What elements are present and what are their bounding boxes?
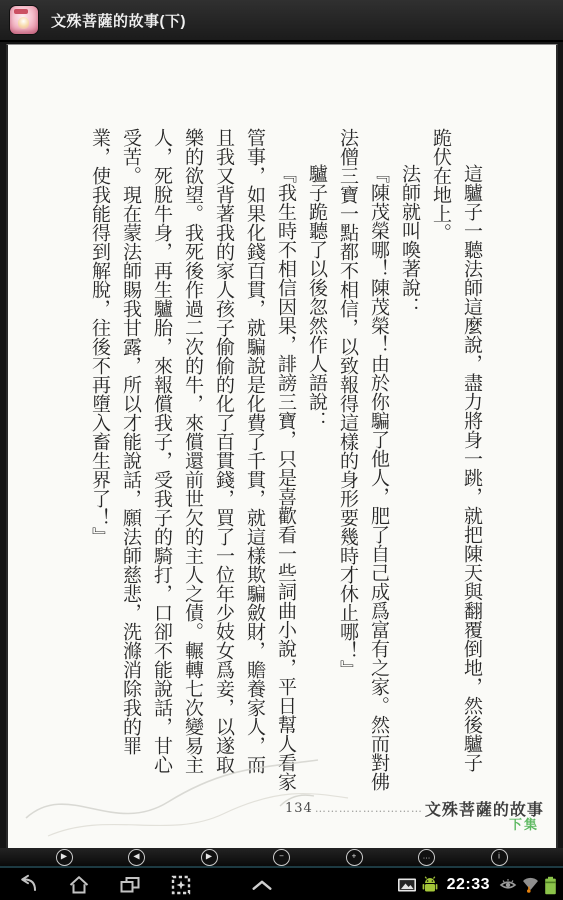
text-column: 且我又背著我的家人孩子偷偷的化了百貫錢，買了一位年少妓女爲妾，以遂取 [212,128,236,828]
app-title-bar: 文殊菩薩的故事(下) [0,0,563,41]
smart-stay-icon [499,876,517,894]
chevron-up-icon [250,878,274,892]
info-button-icon: i [498,853,500,861]
back-icon [16,874,40,896]
more-options-button[interactable]: … [418,849,435,866]
vertical-text-block: 這驢子一聽法師這麼說，盡力將身一跳，就把陳天與翻覆倒地，然後驢子跪伏在地上。法師… [8,128,484,828]
page-paper: 這驢子一聽法師這麼說，盡力將身一跳，就把陳天與翻覆倒地，然後驢子跪伏在地上。法師… [6,44,558,848]
play-button[interactable]: ▶ [56,849,73,866]
next-page-button-icon: ▶ [206,853,212,861]
text-column: 法師就叫喚著說： [398,164,422,848]
text-column: 管事，如果化錢百貫，就騙說是化費了千貫，就這樣欺騙斂財，贍養家人，而 [243,128,267,828]
clock: 22:33 [447,876,490,894]
battery-icon [544,876,557,895]
prev-page-button[interactable]: ◀ [128,849,145,866]
zoom-out-button-icon: − [279,853,284,861]
expand-toolbar-button[interactable] [250,873,274,897]
screenshot-capture-icon [169,874,193,896]
recent-apps-icon [118,874,142,896]
home-button[interactable] [67,873,91,897]
wifi-status-icon [522,876,539,894]
play-button-icon: ▶ [61,853,67,861]
screenshot-thumbnail-icon [397,876,417,894]
text-column: 『陳茂榮哪！陳茂榮！由於你騙了他人，肥了自己成爲富有之家。然而對佛 [367,164,391,848]
nav-left-cluster [16,870,193,900]
screenshot-capture-button[interactable] [169,873,193,897]
text-column: 受苦。現在蒙法師賜我甘露，所以才能說話，願法師慈悲，洗滌消除我的罪 [119,128,143,828]
text-column: 人，死脫牛身，再生驢胎，來報償我子，受我子的騎打，口卻不能說話，甘心 [150,128,174,828]
android-notification-icon [422,876,438,894]
zoom-out-button[interactable]: − [273,849,290,866]
screen: 文殊菩薩的故事(下) 這驢子一聽法師這麼說，盡力將身一跳，就把陳天與翻覆倒地，然… [0,0,563,900]
more-options-button-icon: … [423,853,431,861]
page-footer: 134………………………文殊菩薩的故事 下集 [285,797,555,841]
system-nav-bar: 22:33 [0,870,563,900]
app-title: 文殊菩薩的故事(下) [51,10,186,31]
status-cluster: 22:33 [397,870,557,900]
zoom-in-button[interactable]: + [346,849,363,866]
text-column: 樂的欲望。我死後作過二次的牛，來償還前世欠的主人之債。輾轉七次變易主 [181,128,205,828]
nav-center-cluster [250,870,274,900]
next-page-button[interactable]: ▶ [201,849,218,866]
back-button[interactable] [16,873,40,897]
book-page[interactable]: 這驢子一聽法師這麼說，盡力將身一跳，就把陳天與翻覆倒地，然後驢子跪伏在地上。法師… [0,42,563,848]
text-column: 法僧三寶一點都不相信，以致報得這樣的身形要幾時才休止哪！』 [336,128,360,828]
app-icon [10,6,38,34]
text-column: 跪伏在地上。 [429,128,453,828]
dotted-leader: ……………………… [315,802,423,815]
reader-toolbar: ▶◀▶−+…i [0,848,563,868]
info-button[interactable]: i [491,849,508,866]
text-column: 業，使我能得到解脫，往後不再墮入畜生界了！』 [88,128,112,828]
text-column: 這驢子一聽法師這麼說，盡力將身一跳，就把陳天與翻覆倒地，然後驢子 [460,164,484,848]
zoom-in-button-icon: + [352,853,357,861]
home-icon [67,874,91,896]
recent-apps-button[interactable] [118,873,142,897]
page-number: 134 [285,801,313,816]
prev-page-button-icon: ◀ [133,853,139,861]
footer-volume-label: 下集 [509,814,539,833]
